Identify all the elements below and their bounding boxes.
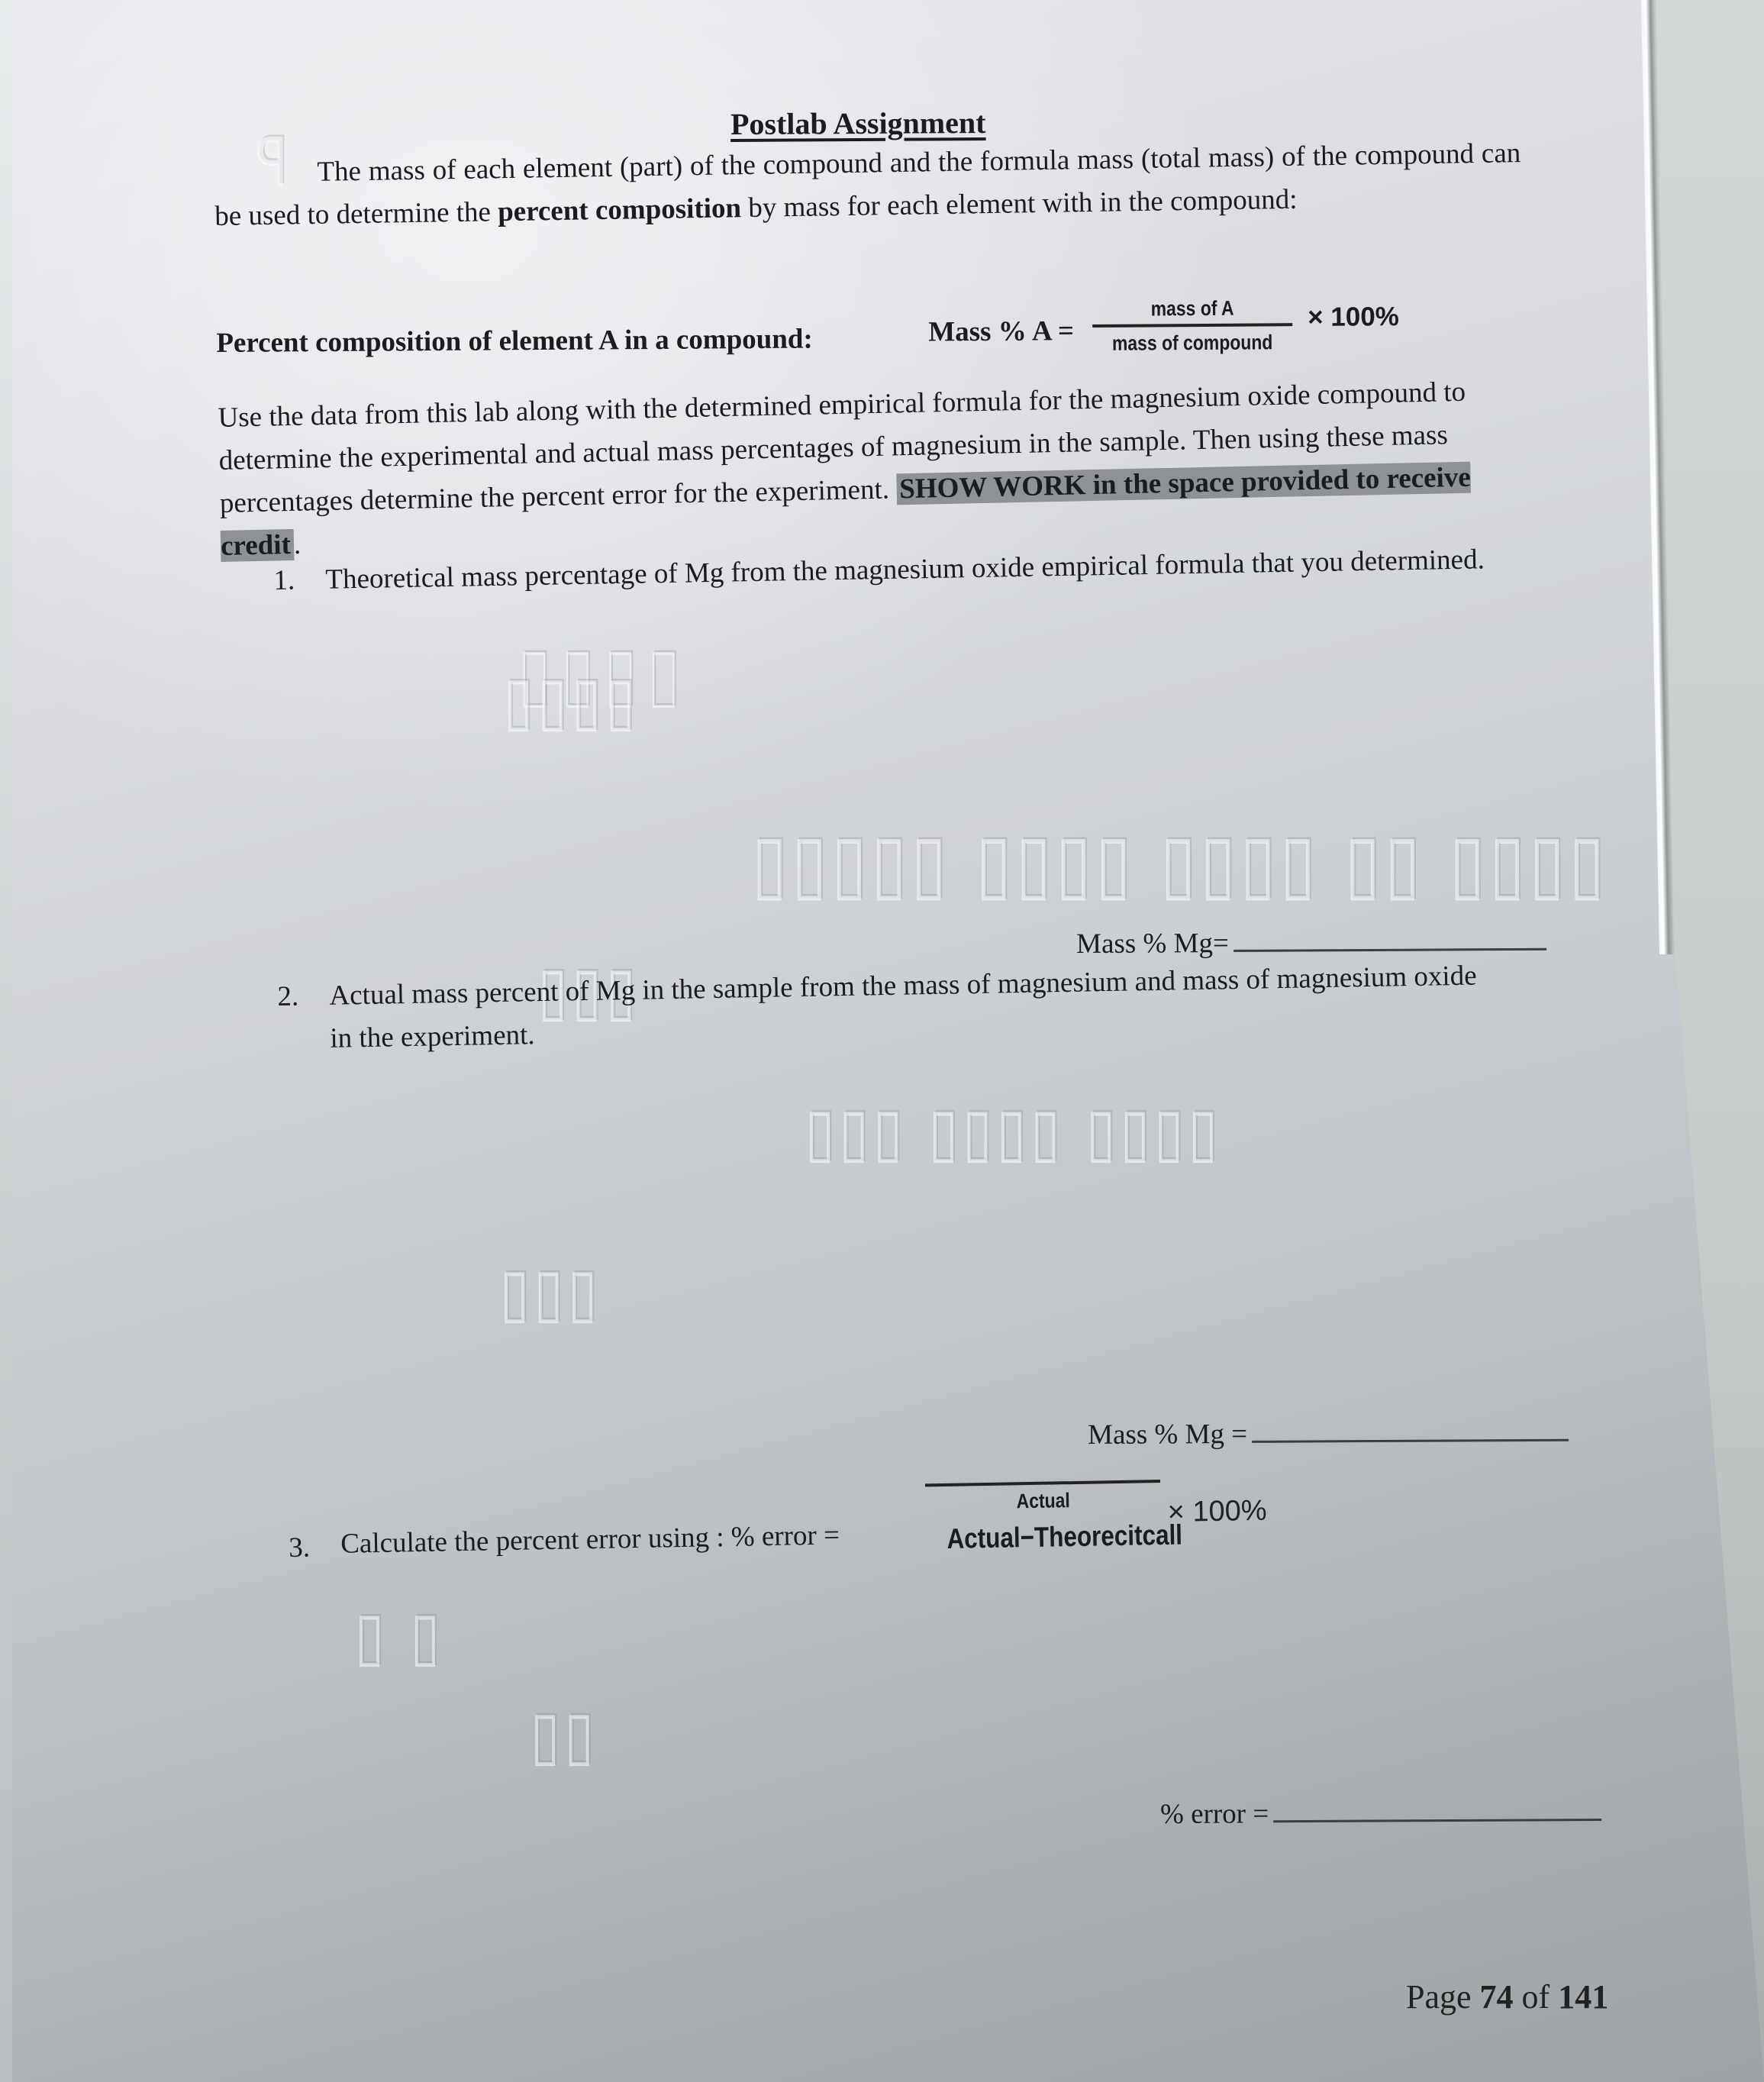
- page-title: Postlab Assignment: [730, 105, 986, 142]
- answer-label: Mass % Mg=: [1076, 927, 1229, 960]
- page-prefix: Page: [1406, 1978, 1480, 2016]
- document-page: Postlab Assignment The mass of each elem…: [0, 0, 1764, 2082]
- question-text: Calculate the percent error using : % er…: [340, 1519, 840, 1560]
- answer-blank-line[interactable]: [1273, 1819, 1601, 1822]
- fraction-denominator: mass of compound: [1112, 331, 1273, 355]
- intro-text-bold: percent composition: [498, 192, 742, 228]
- percent-error-fraction: Actual−Theorecitcall Actual: [925, 1477, 1161, 1515]
- fraction-bar: [925, 1480, 1160, 1486]
- fraction-denominator: Actual: [1016, 1489, 1070, 1513]
- fraction-numerator: Actual−Theorecitcall: [946, 1519, 1182, 1555]
- instructions-trailing: .: [293, 529, 301, 560]
- page-current: 74: [1480, 1978, 1514, 2016]
- question-number: 1.: [273, 560, 295, 602]
- page-number: Page 74 of 141: [1406, 1977, 1608, 2016]
- percent-composition-formula: Percent composition of element A in a co…: [216, 295, 1438, 380]
- fraction-bar: [1092, 323, 1292, 328]
- intro-paragraph: The mass of each element (part) of the c…: [214, 132, 1522, 238]
- question-text: Actual mass percent of Mg in the sample …: [329, 954, 1491, 1060]
- instructions-paragraph: Use the data from this lab along with th…: [218, 370, 1533, 568]
- answer-2: Mass % Mg =: [1088, 1416, 1569, 1451]
- question-number: 3.: [289, 1532, 310, 1564]
- instructions-text: Use the data from this lab along with th…: [218, 376, 1466, 519]
- intro-text-part2: by mass for each element with in the com…: [741, 184, 1298, 224]
- question-3: 3. Calculate the percent error using : %…: [288, 1470, 1320, 1573]
- answer-label: % error =: [1160, 1797, 1269, 1831]
- question-number: 2.: [277, 976, 299, 1018]
- answer-blank-line[interactable]: [1252, 1439, 1569, 1443]
- page-of: of: [1514, 1978, 1559, 2016]
- fraction-numerator: mass of A: [1151, 297, 1234, 321]
- percent-error-multiplier: × 100%: [1167, 1495, 1267, 1529]
- answer-blank-line[interactable]: [1234, 948, 1546, 952]
- page-total: 141: [1558, 1978, 1608, 2016]
- formula-fraction: mass of A mass of compound: [1092, 296, 1293, 356]
- answer-3: % error =: [1160, 1796, 1601, 1831]
- answer-label: Mass % Mg =: [1088, 1418, 1247, 1451]
- formula-label: Percent composition of element A in a co…: [216, 323, 813, 360]
- formula-multiplier: × 100%: [1308, 302, 1399, 333]
- formula-lhs: Mass % A =: [928, 315, 1074, 348]
